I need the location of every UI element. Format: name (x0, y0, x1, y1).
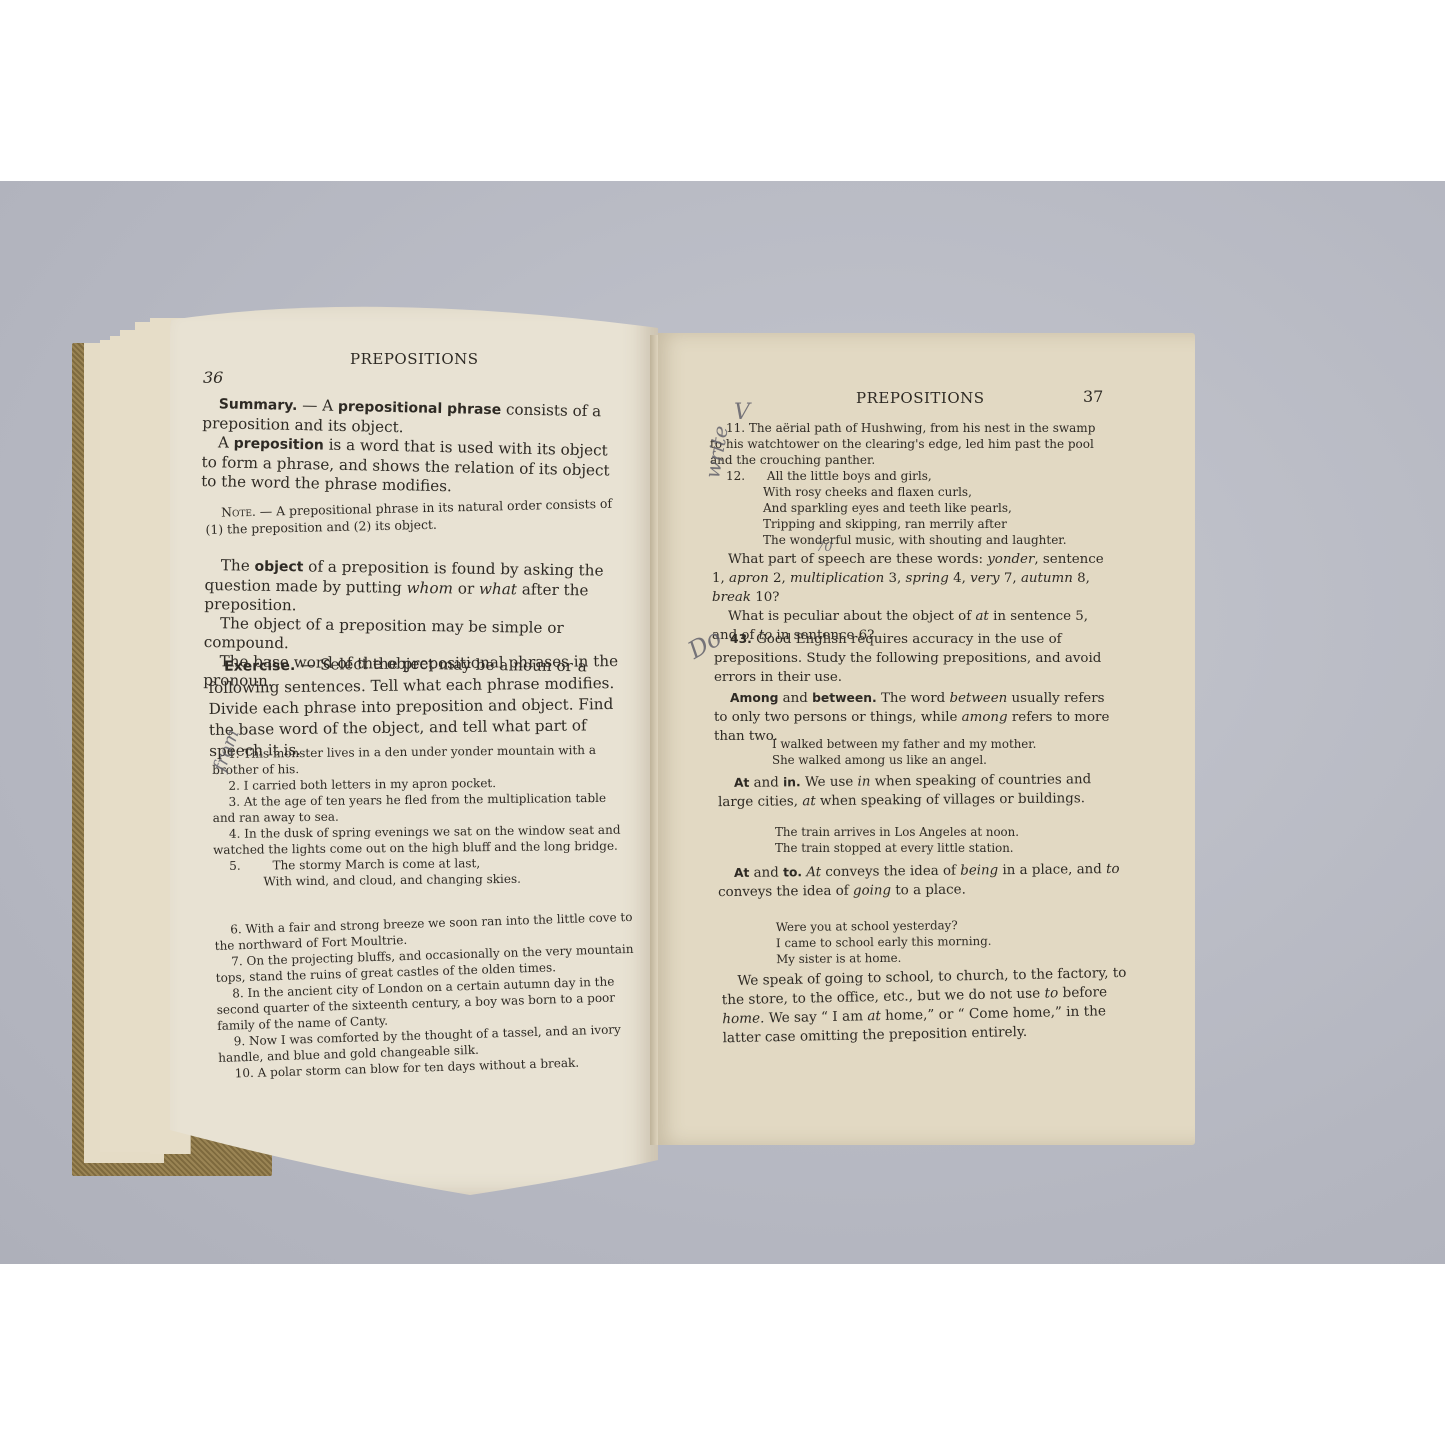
at-in-rule: At and in. We use in when speaking of co… (718, 770, 1118, 812)
running-head-left: PREPOSITIONS (350, 350, 479, 368)
summary-block: Summary. — A prepositional phrase consis… (201, 394, 623, 500)
exercise-sentences-6-10: 6. With a fair and strong breeze we soon… (214, 909, 639, 1082)
closing-paragraph: We speak of going to school, to church, … (721, 964, 1133, 1049)
at-to-examples: Were you at school yesterday? I came to … (776, 917, 992, 967)
preposition-definition: A preposition is a word that is used wit… (201, 433, 622, 500)
at-to-rule: At and to. At conveys the idea of being … (718, 860, 1123, 902)
exercise-sentences-11-12: 11. The aërial path of Hushwing, from hi… (710, 420, 1102, 548)
book-gutter (650, 335, 658, 1145)
exercise-sentences-1-5: 1. This monster lives in a den under yon… (212, 742, 631, 890)
pencil-annotation: 70 (816, 540, 833, 555)
section-43: 43. Good English requires accuracy in th… (714, 630, 1114, 746)
among-between-examples: I walked between my father and my mother… (772, 736, 1036, 768)
at-in-examples: The train arrives in Los Angeles at noon… (775, 824, 1019, 856)
page-number-right: 37 (1083, 387, 1103, 406)
pencil-checkmark: V (734, 400, 750, 425)
page-number-left: 36 (203, 368, 223, 387)
running-head-right: PREPOSITIONS (856, 389, 985, 407)
